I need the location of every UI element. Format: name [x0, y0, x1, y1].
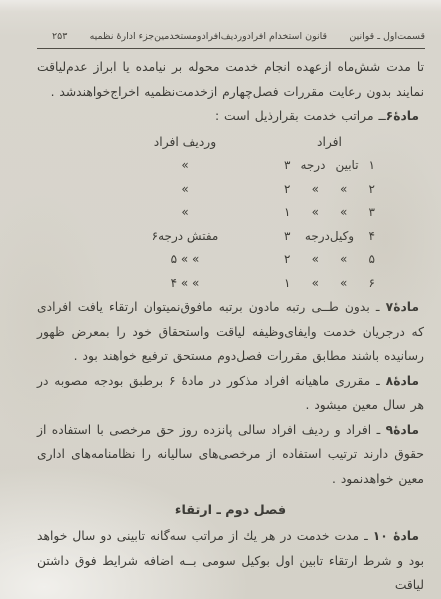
- article-10: مادۀ ۱۰ ـ مدت خدمت در هر یك از مراتب سه‌…: [37, 524, 424, 598]
- radif-cell: »: [135, 178, 235, 202]
- afrad-cell: ۲ » » ۲: [284, 178, 375, 202]
- page-number: ۲۵۳: [52, 30, 67, 44]
- table-row: ۶ » » ۱ » » ۴: [37, 272, 424, 296]
- header-section-title: قسمت‌اول ـ قوانین: [349, 30, 425, 44]
- afrad-cell: ۳ » » ۱: [284, 201, 375, 225]
- radif-cell: مفتش درجه‌۶: [135, 225, 235, 249]
- scanned-book-page: قسمت‌اول ـ قوانین قانون استخدام افرادورد…: [0, 0, 441, 599]
- table-row: ۱ تابین درجه ۳ »: [37, 154, 424, 178]
- page-body: تا مدت شش‌ماه ازعهده انجام خدمت محوله بر…: [0, 49, 441, 598]
- afrad-cell: ۴ وکیل‌درجه ۳: [284, 225, 375, 249]
- running-header: قسمت‌اول ـ قوانین قانون استخدام افرادورد…: [0, 0, 441, 44]
- chapter-heading: فصل دوم ـ ارتقاء: [37, 500, 424, 522]
- ranks-table-header-row: افراد وردیف افراد: [37, 131, 424, 155]
- article-6-text: ــ مراتب خدمت بقرارذیل است :: [215, 109, 386, 123]
- article-9-text: ـ افراد و ردیف افراد سالی پانزده روز حق …: [37, 423, 424, 486]
- article-7-text: ـ بدون طــی رتبه مادون برتبه مافوق‌نمیتو…: [37, 300, 424, 363]
- table-row: ۴ وکیل‌درجه ۳ مفتش درجه‌۶: [37, 225, 424, 249]
- header-law-title: قانون استخدام افرادوردیف‌افرادومستخدمین‌…: [90, 30, 328, 44]
- radif-cell: » » ۴: [135, 272, 235, 296]
- table-row: ۵ » » ۲ » » ۵: [37, 248, 424, 272]
- table-row: ۳ » » ۱ »: [37, 201, 424, 225]
- article-10-text: ـ مدت خدمت در هر یك از مراتب سه‌گانه تاب…: [37, 529, 424, 592]
- article-6-label: مادۀ۶: [386, 109, 419, 123]
- radif-cell: »: [135, 201, 235, 225]
- article-8-text: ـ مقرری ماهیانه افراد مذکور در مادۀ ۶ بر…: [37, 374, 424, 413]
- afrad-cell: ۱ تابین درجه ۳: [284, 154, 375, 178]
- article-6: مادۀ۶ــ مراتب خدمت بقرارذیل است :: [37, 104, 424, 129]
- article-8-label: مادۀ۸: [386, 374, 419, 388]
- article-9: مادۀ۹ ـ افراد و ردیف افراد سالی پانزده ر…: [37, 418, 424, 492]
- article-7: مادۀ۷ ـ بدون طــی رتبه مادون برتبه مافوق…: [37, 295, 424, 369]
- afrad-cell: ۵ » » ۲: [284, 248, 375, 272]
- afrad-cell: ۶ » » ۱: [284, 272, 375, 296]
- article-8: مادۀ۸ ـ مقرری ماهیانه افراد مذکور در ماد…: [37, 369, 424, 418]
- article-9-label: مادۀ۹: [386, 423, 419, 437]
- ranks-table: افراد وردیف افراد ۱ تابین درجه ۳ » ۲ » »…: [37, 131, 424, 296]
- radif-cell: »: [135, 154, 235, 178]
- article-7-label: مادۀ۷: [386, 300, 419, 314]
- column-header-afrad: افراد: [284, 131, 375, 155]
- article-10-label: مادۀ ۱۰: [373, 529, 419, 543]
- continuation-paragraph: تا مدت شش‌ماه ازعهده انجام خدمت محوله بر…: [37, 55, 424, 104]
- table-row: ۲ » » ۲ »: [37, 178, 424, 202]
- column-header-radif: وردیف افراد: [135, 131, 235, 155]
- radif-cell: » » ۵: [135, 248, 235, 272]
